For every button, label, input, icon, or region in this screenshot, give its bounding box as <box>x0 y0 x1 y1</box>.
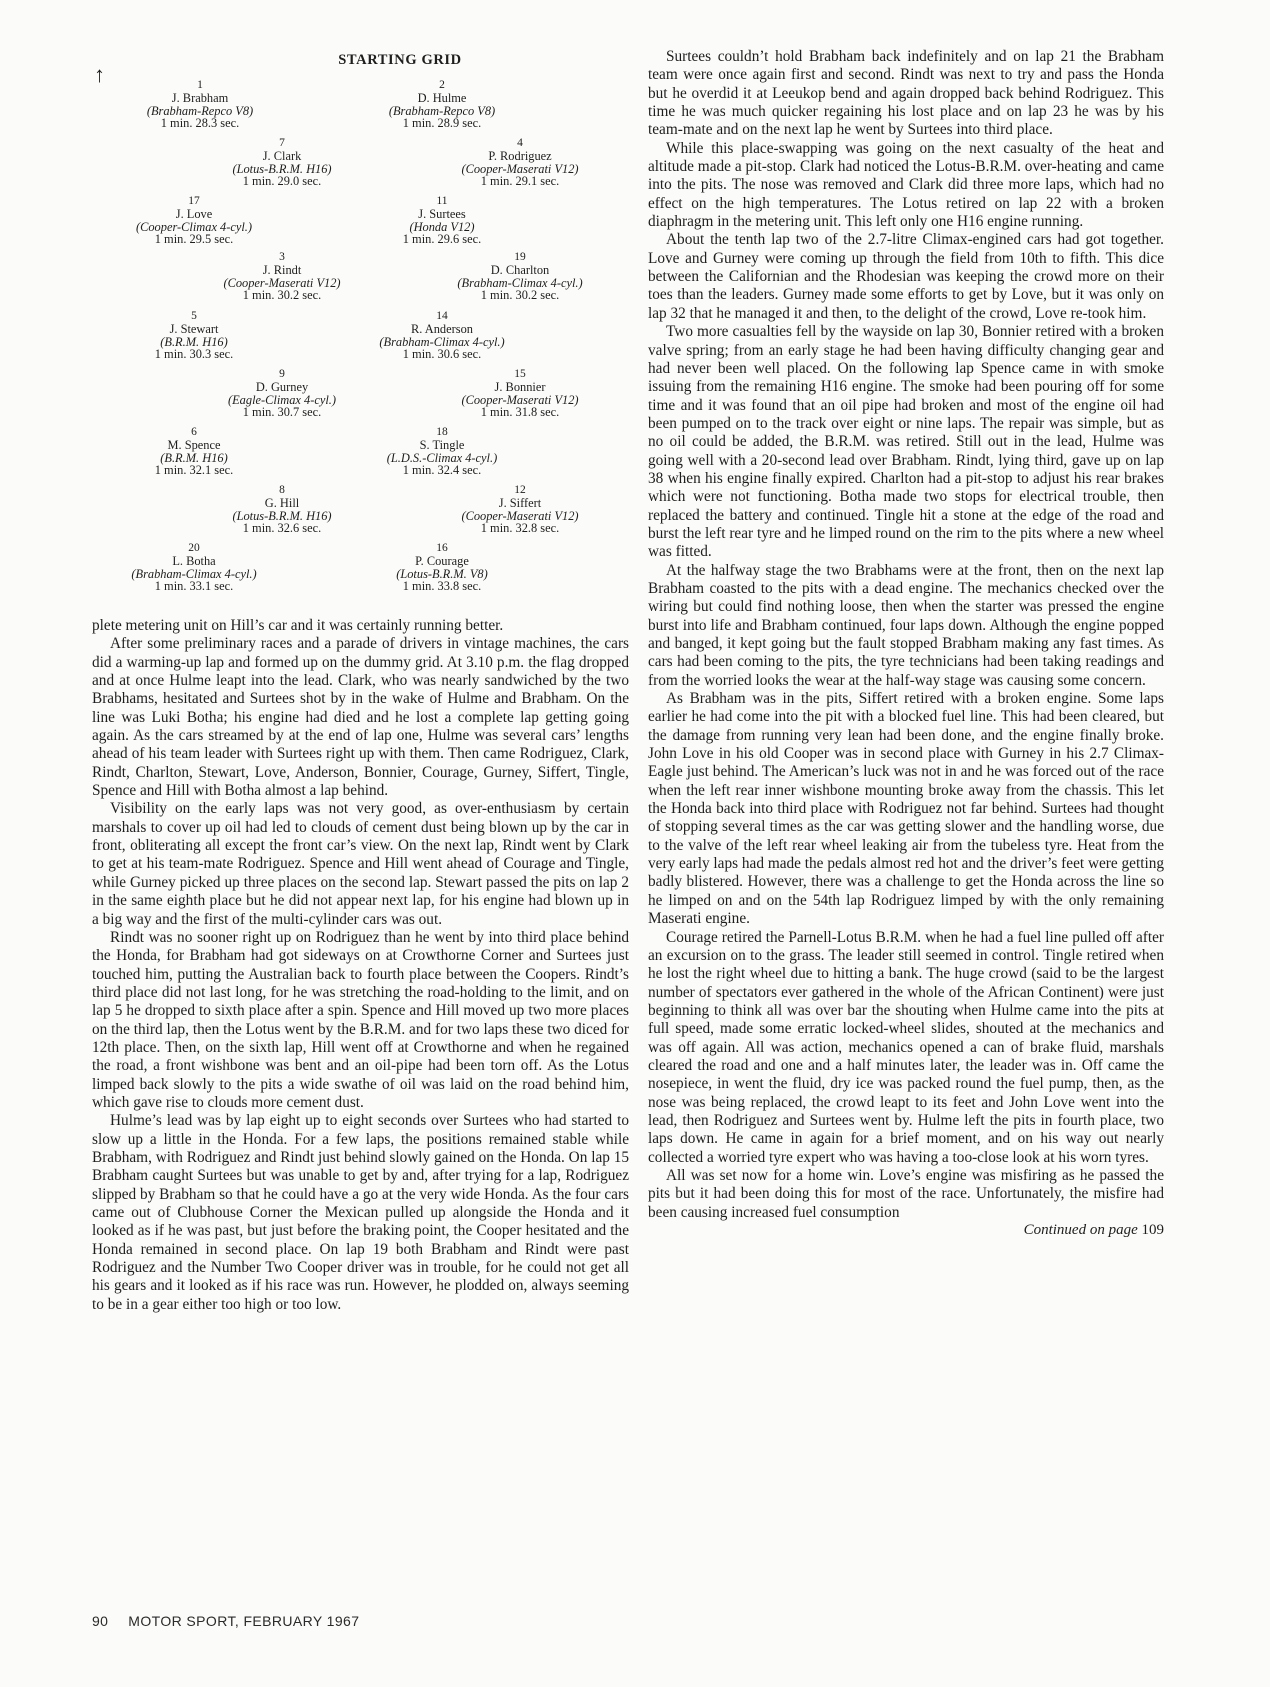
lap-time: 1 min. 29.0 sec. <box>162 175 402 188</box>
magazine-page: STARTING GRID ↑ 1 J. Brabham (Brabham-Re… <box>0 0 1270 1687</box>
grid-entry: 8 G. Hill (Lotus-B.R.M. H16) 1 min. 32.6… <box>162 484 402 535</box>
grid-entry: 2 D. Hulme (Brabham-Repco V8) 1 min. 28.… <box>322 79 562 130</box>
continued-label: Continued on page <box>1024 1222 1138 1238</box>
grid-entry: 11 J. Surtees (Honda V12) 1 min. 29.6 se… <box>322 195 562 246</box>
continued-page: 109 <box>1142 1222 1165 1238</box>
grid-entry: 20 L. Botha (Brabham-Climax 4-cyl.) 1 mi… <box>74 542 314 593</box>
lap-time: 1 min. 28.3 sec. <box>80 117 320 130</box>
paragraph: Rindt was no sooner right up on Rodrigue… <box>92 929 629 1112</box>
grid-entry: 3 J. Rindt (Cooper-Maserati V12) 1 min. … <box>162 251 402 302</box>
paragraph: After some preliminary races and a parad… <box>92 635 629 800</box>
lap-time: 1 min. 33.8 sec. <box>322 580 562 593</box>
grid-entry: 7 J. Clark (Lotus-B.R.M. H16) 1 min. 29.… <box>162 137 402 188</box>
driver-name: D. Gurney <box>162 381 402 394</box>
grid-entry: 1 J. Brabham (Brabham-Repco V8) 1 min. 2… <box>80 79 320 130</box>
lap-time: 1 min. 29.1 sec. <box>400 175 640 188</box>
driver-name: S. Tingle <box>322 439 562 452</box>
grid-entry: 19 D. Charlton (Brabham-Climax 4-cyl.) 1… <box>400 251 640 302</box>
article-column-right: Surtees couldn’t hold Brabham back indef… <box>648 48 1164 1239</box>
lap-time: 1 min. 33.1 sec. <box>74 580 314 593</box>
driver-name: J. Siffert <box>400 497 640 510</box>
article-column-left: plete metering unit on Hill’s car and it… <box>92 617 629 1314</box>
lap-time: 1 min. 30.6 sec. <box>322 348 562 361</box>
driver-name: J. Clark <box>162 150 402 163</box>
lap-time: 1 min. 30.3 sec. <box>74 348 314 361</box>
paragraph: Two more casualties fell by the wayside … <box>648 323 1164 561</box>
lap-time: 1 min. 32.6 sec. <box>162 522 402 535</box>
paragraph: As Brabham was in the pits, Siffert reti… <box>648 690 1164 928</box>
page-footer: 90 MOTOR SPORT, FEBRUARY 1967 <box>92 1613 359 1629</box>
driver-name: D. Hulme <box>322 92 562 105</box>
lap-time: 1 min. 29.6 sec. <box>322 233 562 246</box>
starting-grid-title: STARTING GRID <box>300 52 500 69</box>
lap-time: 1 min. 28.9 sec. <box>322 117 562 130</box>
lap-time: 1 min. 32.1 sec. <box>74 464 314 477</box>
paragraph: While this place-swapping was going on t… <box>648 140 1164 232</box>
driver-name: J. Surtees <box>322 208 562 221</box>
grid-entry: 15 J. Bonnier (Cooper-Maserati V12) 1 mi… <box>400 368 640 419</box>
paragraph: At the halfway stage the two Brabhams we… <box>648 562 1164 690</box>
lap-time: 1 min. 30.2 sec. <box>162 289 402 302</box>
grid-entry: 6 M. Spence (B.R.M. H16) 1 min. 32.1 sec… <box>74 426 314 477</box>
lap-time: 1 min. 30.7 sec. <box>162 406 402 419</box>
driver-name: R. Anderson <box>322 323 562 336</box>
driver-name: J. Stewart <box>74 323 314 336</box>
grid-entry: 4 P. Rodriguez (Cooper-Maserati V12) 1 m… <box>400 137 640 188</box>
driver-name: J. Rindt <box>162 264 402 277</box>
driver-name: M. Spence <box>74 439 314 452</box>
grid-entry: 5 J. Stewart (B.R.M. H16) 1 min. 30.3 se… <box>74 310 314 361</box>
driver-name: J. Bonnier <box>400 381 640 394</box>
lap-time: 1 min. 32.4 sec. <box>322 464 562 477</box>
lap-time: 1 min. 31.8 sec. <box>400 406 640 419</box>
paragraph: plete metering unit on Hill’s car and it… <box>92 617 629 635</box>
grid-entry: 14 R. Anderson (Brabham-Climax 4-cyl.) 1… <box>322 310 562 361</box>
paragraph: All was set now for a home win. Love’s e… <box>648 1167 1164 1222</box>
driver-name: J. Brabham <box>80 92 320 105</box>
lap-time: 1 min. 30.2 sec. <box>400 289 640 302</box>
starting-grid: STARTING GRID ↑ 1 J. Brabham (Brabham-Re… <box>0 0 640 610</box>
driver-name: J. Love <box>74 208 314 221</box>
paragraph: Hulme’s lead was by lap eight up to eigh… <box>92 1112 629 1314</box>
lap-time: 1 min. 32.8 sec. <box>400 522 640 535</box>
paragraph: About the tenth lap two of the 2.7-litre… <box>648 231 1164 323</box>
driver-name: P. Courage <box>322 555 562 568</box>
driver-name: L. Botha <box>74 555 314 568</box>
lap-time: 1 min. 29.5 sec. <box>74 233 314 246</box>
driver-name: G. Hill <box>162 497 402 510</box>
driver-name: D. Charlton <box>400 264 640 277</box>
paragraph: Courage retired the Parnell-Lotus B.R.M.… <box>648 929 1164 1167</box>
grid-entry: 16 P. Courage (Lotus-B.R.M. V8) 1 min. 3… <box>322 542 562 593</box>
grid-entry: 9 D. Gurney (Eagle-Climax 4-cyl.) 1 min.… <box>162 368 402 419</box>
paragraph: Visibility on the early laps was not ver… <box>92 800 629 928</box>
grid-entry: 12 J. Siffert (Cooper-Maserati V12) 1 mi… <box>400 484 640 535</box>
paragraph: Surtees couldn’t hold Brabham back indef… <box>648 48 1164 140</box>
page-number: 90 <box>92 1613 124 1629</box>
driver-name: P. Rodriguez <box>400 150 640 163</box>
grid-entry: 18 S. Tingle (L.D.S.-Climax 4-cyl.) 1 mi… <box>322 426 562 477</box>
continued-note: Continued on page 109 <box>648 1221 1164 1239</box>
grid-entry: 17 J. Love (Cooper-Climax 4-cyl.) 1 min.… <box>74 195 314 246</box>
publication-line: MOTOR SPORT, FEBRUARY 1967 <box>128 1613 359 1629</box>
